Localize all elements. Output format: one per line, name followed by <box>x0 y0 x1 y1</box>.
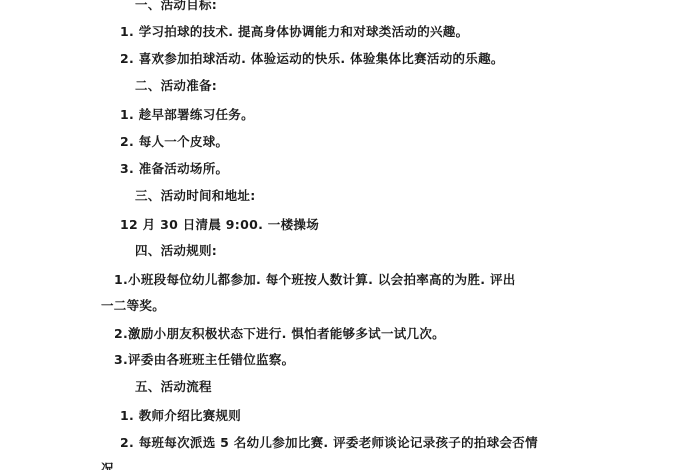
rule-item-2: 2.激励小朋友积极状态下进行. 惧怕者能够多试一试几次。 <box>114 326 445 342</box>
section-heading-rules: 四、活动规则: <box>135 243 217 259</box>
rule-item-1-continued: 一二等奖。 <box>101 298 165 314</box>
rule-item-3: 3.评委由各班班主任错位监察。 <box>114 352 294 368</box>
goal-item-2: 2. 喜欢参加拍球活动. 体验运动的快乐. 体验集体比赛活动的乐趣。 <box>120 51 504 67</box>
process-item-2-continued: 况 <box>101 461 114 470</box>
section-heading-time-place: 三、活动时间和地址: <box>135 188 256 204</box>
rule-item-1: 1.小班段每位幼儿都参加. 每个班按人数计算. 以会拍率高的为胜. 评出 <box>114 272 516 288</box>
section-heading-preparation: 二、活动准备: <box>135 78 217 94</box>
time-place-text: 12 月 30 日清晨 9:00. 一楼操场 <box>120 217 319 233</box>
process-item-2: 2. 每班每次派选 5 名幼儿参加比赛. 评委老师谈论记录孩子的拍球会否情 <box>120 435 538 451</box>
preparation-item-1: 1. 趁早部署练习任务。 <box>120 107 254 123</box>
section-heading-goals: 一、活动目标: <box>135 0 217 13</box>
preparation-item-2: 2. 每人一个皮球。 <box>120 134 228 150</box>
section-heading-process: 五、活动流程 <box>135 379 212 395</box>
preparation-item-3: 3. 准备活动场所。 <box>120 161 228 177</box>
process-item-1: 1. 教师介绍比赛规则 <box>120 408 241 424</box>
goal-item-1: 1. 学习拍球的技术. 提高身体协调能力和对球类活动的兴趣。 <box>120 24 468 40</box>
